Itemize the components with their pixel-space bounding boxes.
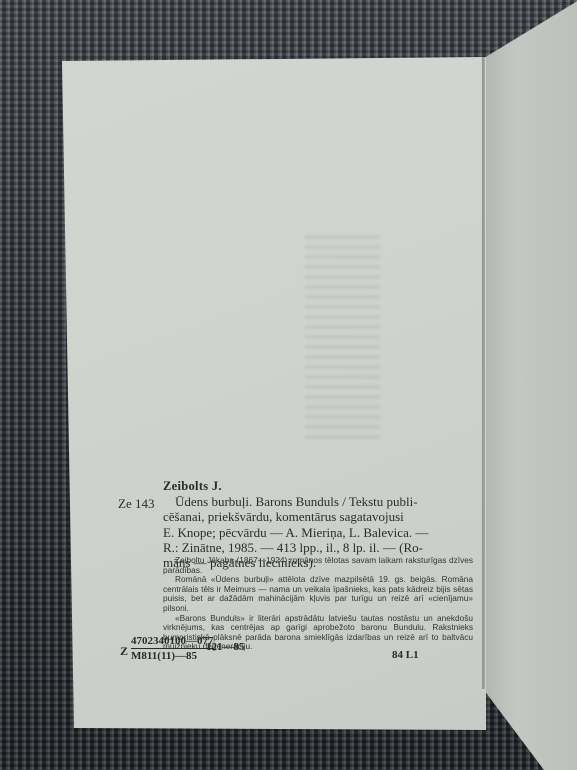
- catalog-card: Zeibolts J. Ze 143 Ūdens burbuļi. Barons…: [0, 0, 577, 770]
- entry-line: Ūdens burbuļi. Barons Bunduls / Tekstu p…: [163, 494, 473, 509]
- entry-line: R.: Zinātne, 1985. — 413 lpp., il., 8 lp…: [163, 540, 473, 555]
- annotation-paragraph: Zeiboltu Jēkaba (1867—1924) romānos tēlo…: [163, 556, 473, 575]
- classification-fraction: 4702340100—077 M811(11)—85: [131, 635, 214, 662]
- classification-numerator: 4702340100—077: [131, 635, 214, 649]
- annotation-paragraph: Romānā «Ūdens burbuļi» attēlota dzīve ma…: [163, 575, 473, 613]
- classification-suffix: 121—85: [206, 641, 245, 653]
- print-code: 84 L1: [392, 649, 419, 661]
- shelfmark: Ze 143: [118, 496, 154, 512]
- entry-line: E. Knope; pēcvārdu — A. Mieriņa, L. Bale…: [163, 525, 473, 540]
- classification-prefix: Z: [120, 644, 128, 659]
- classification-denominator: M811(11)—85: [131, 649, 214, 662]
- author-heading: Zeibolts J.: [163, 479, 222, 494]
- entry-line: cēšanai, priekšvārdu, komentārus sagatav…: [163, 509, 473, 524]
